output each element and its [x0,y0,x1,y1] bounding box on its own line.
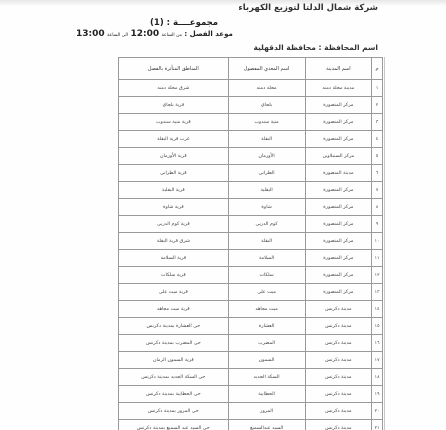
cell-city: مدينة المنصورة [305,165,372,182]
table-row: ١١مركز المنصورةالسلامةقرية السلامة [119,250,383,267]
cell-affected-areas: شرق محلة دمنه [119,80,229,97]
table-row: ٥مركز السنبلاوينالأورمانقرية الأورمان [119,148,383,165]
cutoff-to: 13:00 [76,29,105,39]
cell-affected-areas: قرية كوم الدربى [119,216,229,233]
cell-city: مركز المنصورة [305,233,372,250]
table-row: ١٨مدينة دكرنسالسكة الجديدحى السكة الجديد… [119,369,383,386]
row-number: ٤ [372,131,383,148]
cell-feeder: البقلية [228,182,305,199]
row-number: ١٣ [372,284,383,301]
table-row: ١٠مركز المنصورةالبقلةشرق قرية البقلة [119,233,383,250]
cell-affected-areas: قرية الأورمان [119,148,229,165]
cell-feeder: ميت على [228,284,305,301]
cell-city: مركز المنصورة [305,114,372,131]
cell-affected-areas: قرية ميت مجاهد [119,301,229,318]
row-number: ٥ [372,148,383,165]
cell-affected-areas: حى السكة الجديد بمدينة دكرنس [119,369,229,386]
column-header-affected-areas: المناطق المتأثرة بالفصل [119,58,229,80]
table-row: ٣مركز المنصورةمنية سندوبقرية منية سندوب [119,114,383,131]
cell-city: مركز المنصورة [305,216,372,233]
cell-city: مركز المنصورة [305,284,372,301]
table-row: ٨مركز المنصورةشاوةقرية شاوة [119,199,383,216]
cell-affected-areas: قرية الطرانى [119,165,229,182]
cell-affected-areas: حى المرور بمدينة دكرنس [119,403,229,420]
row-number: ٣ [372,114,383,131]
cell-feeder: سلكات [228,267,305,284]
company-name: شركة شمال الدلتا لتوزيع الكهرباء [238,3,378,13]
row-number: ١ [372,80,383,97]
table-row: ١٣مركز المنصورةميت علىقرية ميت على [119,284,383,301]
cell-feeder: ميت مجاهد [228,301,305,318]
cutoff-time: موعد الفصل : من الساعة 12:00 الى الساعة … [76,29,233,39]
cell-feeder: منية سندوب [228,114,305,131]
cell-city: مركز المنصورة [305,267,372,284]
row-number: ١٥ [372,318,383,335]
cell-city: مدينة دكرنس [305,301,372,318]
cell-city: مدينة دكرنس [305,403,372,420]
group-value: (1) [150,18,164,28]
cell-city: مدينة دكرنس [305,420,372,430]
cutoff-to-label: الى الساعة [107,33,128,38]
group-label: مجموعــــة : [167,18,218,28]
cell-city: مركز المنصورة [305,131,372,148]
row-number: ١٦ [372,335,383,352]
cell-city: مدينة دكرنس [305,352,372,369]
column-header-number: م [372,58,383,80]
cell-feeder: السيد عبدالسميع [228,420,305,430]
cell-affected-areas: حى الحطابية بمدينة دكرنس [119,386,229,403]
cell-city: مركز المنصورة [305,182,372,199]
cell-feeder: شاوة [228,199,305,216]
cell-city: مركز المنصورة [305,250,372,267]
cell-feeder: السمون [228,352,305,369]
row-number: ١٤ [372,301,383,318]
cell-city: مدينة دكرنس [305,386,372,403]
row-number: ٩ [372,216,383,233]
table-row: ١٦مدينة دكرنسالمضربحى المضرب بمدينة دكرن… [119,335,383,352]
cell-city: مدينة محلة دمنه [305,80,372,97]
cell-affected-areas: قرية البقلية [119,182,229,199]
row-number: ٢ [372,97,383,114]
cell-city: مدينة دكرنس [305,335,372,352]
cell-feeder: كوم الدربى [228,216,305,233]
cell-feeder: الحطابية [228,386,305,403]
cell-city: مدينة دكرنس [305,318,372,335]
table-row: ٧مركز المنصورةالبقليةقرية البقلية [119,182,383,199]
cell-feeder: الطرانى [228,165,305,182]
governorate-name: اسم المحافظة : محافظة الدقهلية [253,43,378,52]
cell-affected-areas: غرب قرية البقلة [119,131,229,148]
row-number: ٢٠ [372,403,383,420]
cell-feeder: السكة الجديد [228,369,305,386]
cell-city: مركز المنصورة [305,97,372,114]
cell-affected-areas: حى السيد عبد السميع بمدينة دكرنس [119,420,229,430]
table-row: ٤مركز المنصورةالبقلةغرب قرية البقلة [119,131,383,148]
cell-feeder: بلجاي [228,97,305,114]
column-header-feeder: اسم المغذي المفصول [228,58,305,80]
cell-feeder: العشارة [228,318,305,335]
table-row: ١٤مدينة دكرنسميت مجاهدقرية ميت مجاهد [119,301,383,318]
table-row: ١٩مدينة دكرنسالحطابيةحى الحطابية بمدينة … [119,386,383,403]
cell-city: مركز المنصورة [305,199,372,216]
row-number: ٨ [372,199,383,216]
cell-affected-areas: قرية بلجاي [119,97,229,114]
group-number: مجموعــــة : (1) [150,18,218,28]
cutoff-from: 12:00 [130,29,159,39]
table-row: ٢١مدينة دكرنسالسيد عبدالسميعحى السيد عبد… [119,420,383,430]
row-number: ١٢ [372,267,383,284]
cell-feeder: المرور [228,403,305,420]
row-number: ١١ [372,250,383,267]
cell-affected-areas: شرق قرية البقلة [119,233,229,250]
table-row: ٢٠مدينة دكرنسالمرورحى المرور بمدينة دكرن… [119,403,383,420]
cell-affected-areas: قرية منية سندوب [119,114,229,131]
cell-feeder: البقلة [228,233,305,250]
cell-feeder: السلامة [228,250,305,267]
table-row: ١٢مركز المنصورةسلكاتقرية سلكات [119,267,383,284]
cell-affected-areas: قرية السلامة [119,250,229,267]
row-number: ١٩ [372,386,383,403]
row-number: ١٧ [372,352,383,369]
cell-feeder: محلة دمنه [228,80,305,97]
page-edge-line [384,57,385,430]
row-number: ١٠ [372,233,383,250]
table-row: ٩مركز المنصورةكوم الدربىقرية كوم الدربى [119,216,383,233]
cell-affected-areas: قرية سلكات [119,267,229,284]
cell-affected-areas: حى العشارة بمدينة دكرنس [119,318,229,335]
cell-affected-areas: قرية السمون الرمان [119,352,229,369]
cell-city: مركز السنبلاوين [305,148,372,165]
table-body: ١مدينة محلة دمنهمحلة دمنهشرق محلة دمنه٢م… [119,80,383,430]
scan-shadow [0,0,446,6]
cell-affected-areas: قرية ميت على [119,284,229,301]
row-number: ٢١ [372,420,383,430]
table-row: ١مدينة محلة دمنهمحلة دمنهشرق محلة دمنه [119,80,383,97]
column-header-city: اسم المدينة [305,58,372,80]
cutoff-from-label: من الساعة [162,33,182,38]
cell-affected-areas: قرية شاوة [119,199,229,216]
table-row: ٢مركز المنصورةبلجايقرية بلجاي [119,97,383,114]
scanned-document: شركة شمال الدلتا لتوزيع الكهرباء مجموعــ… [0,0,446,430]
cell-feeder: الأورمان [228,148,305,165]
table-row: ١٥مدينة دكرنسالعشارةحى العشارة بمدينة دك… [119,318,383,335]
cell-feeder: المضرب [228,335,305,352]
cutoff-label: موعد الفصل : [184,30,232,38]
table-row: ٦مدينة المنصورةالطرانىقرية الطرانى [119,165,383,182]
outage-table: م اسم المدينة اسم المغذي المفصول المناطق… [118,57,383,430]
row-number: ١٨ [372,369,383,386]
row-number: ٧ [372,182,383,199]
table-header-row: م اسم المدينة اسم المغذي المفصول المناطق… [119,58,383,80]
cell-affected-areas: حى المضرب بمدينة دكرنس [119,335,229,352]
cell-city: مدينة دكرنس [305,369,372,386]
table-row: ١٧مدينة دكرنسالسمونقرية السمون الرمان [119,352,383,369]
row-number: ٦ [372,165,383,182]
cell-feeder: البقلة [228,131,305,148]
